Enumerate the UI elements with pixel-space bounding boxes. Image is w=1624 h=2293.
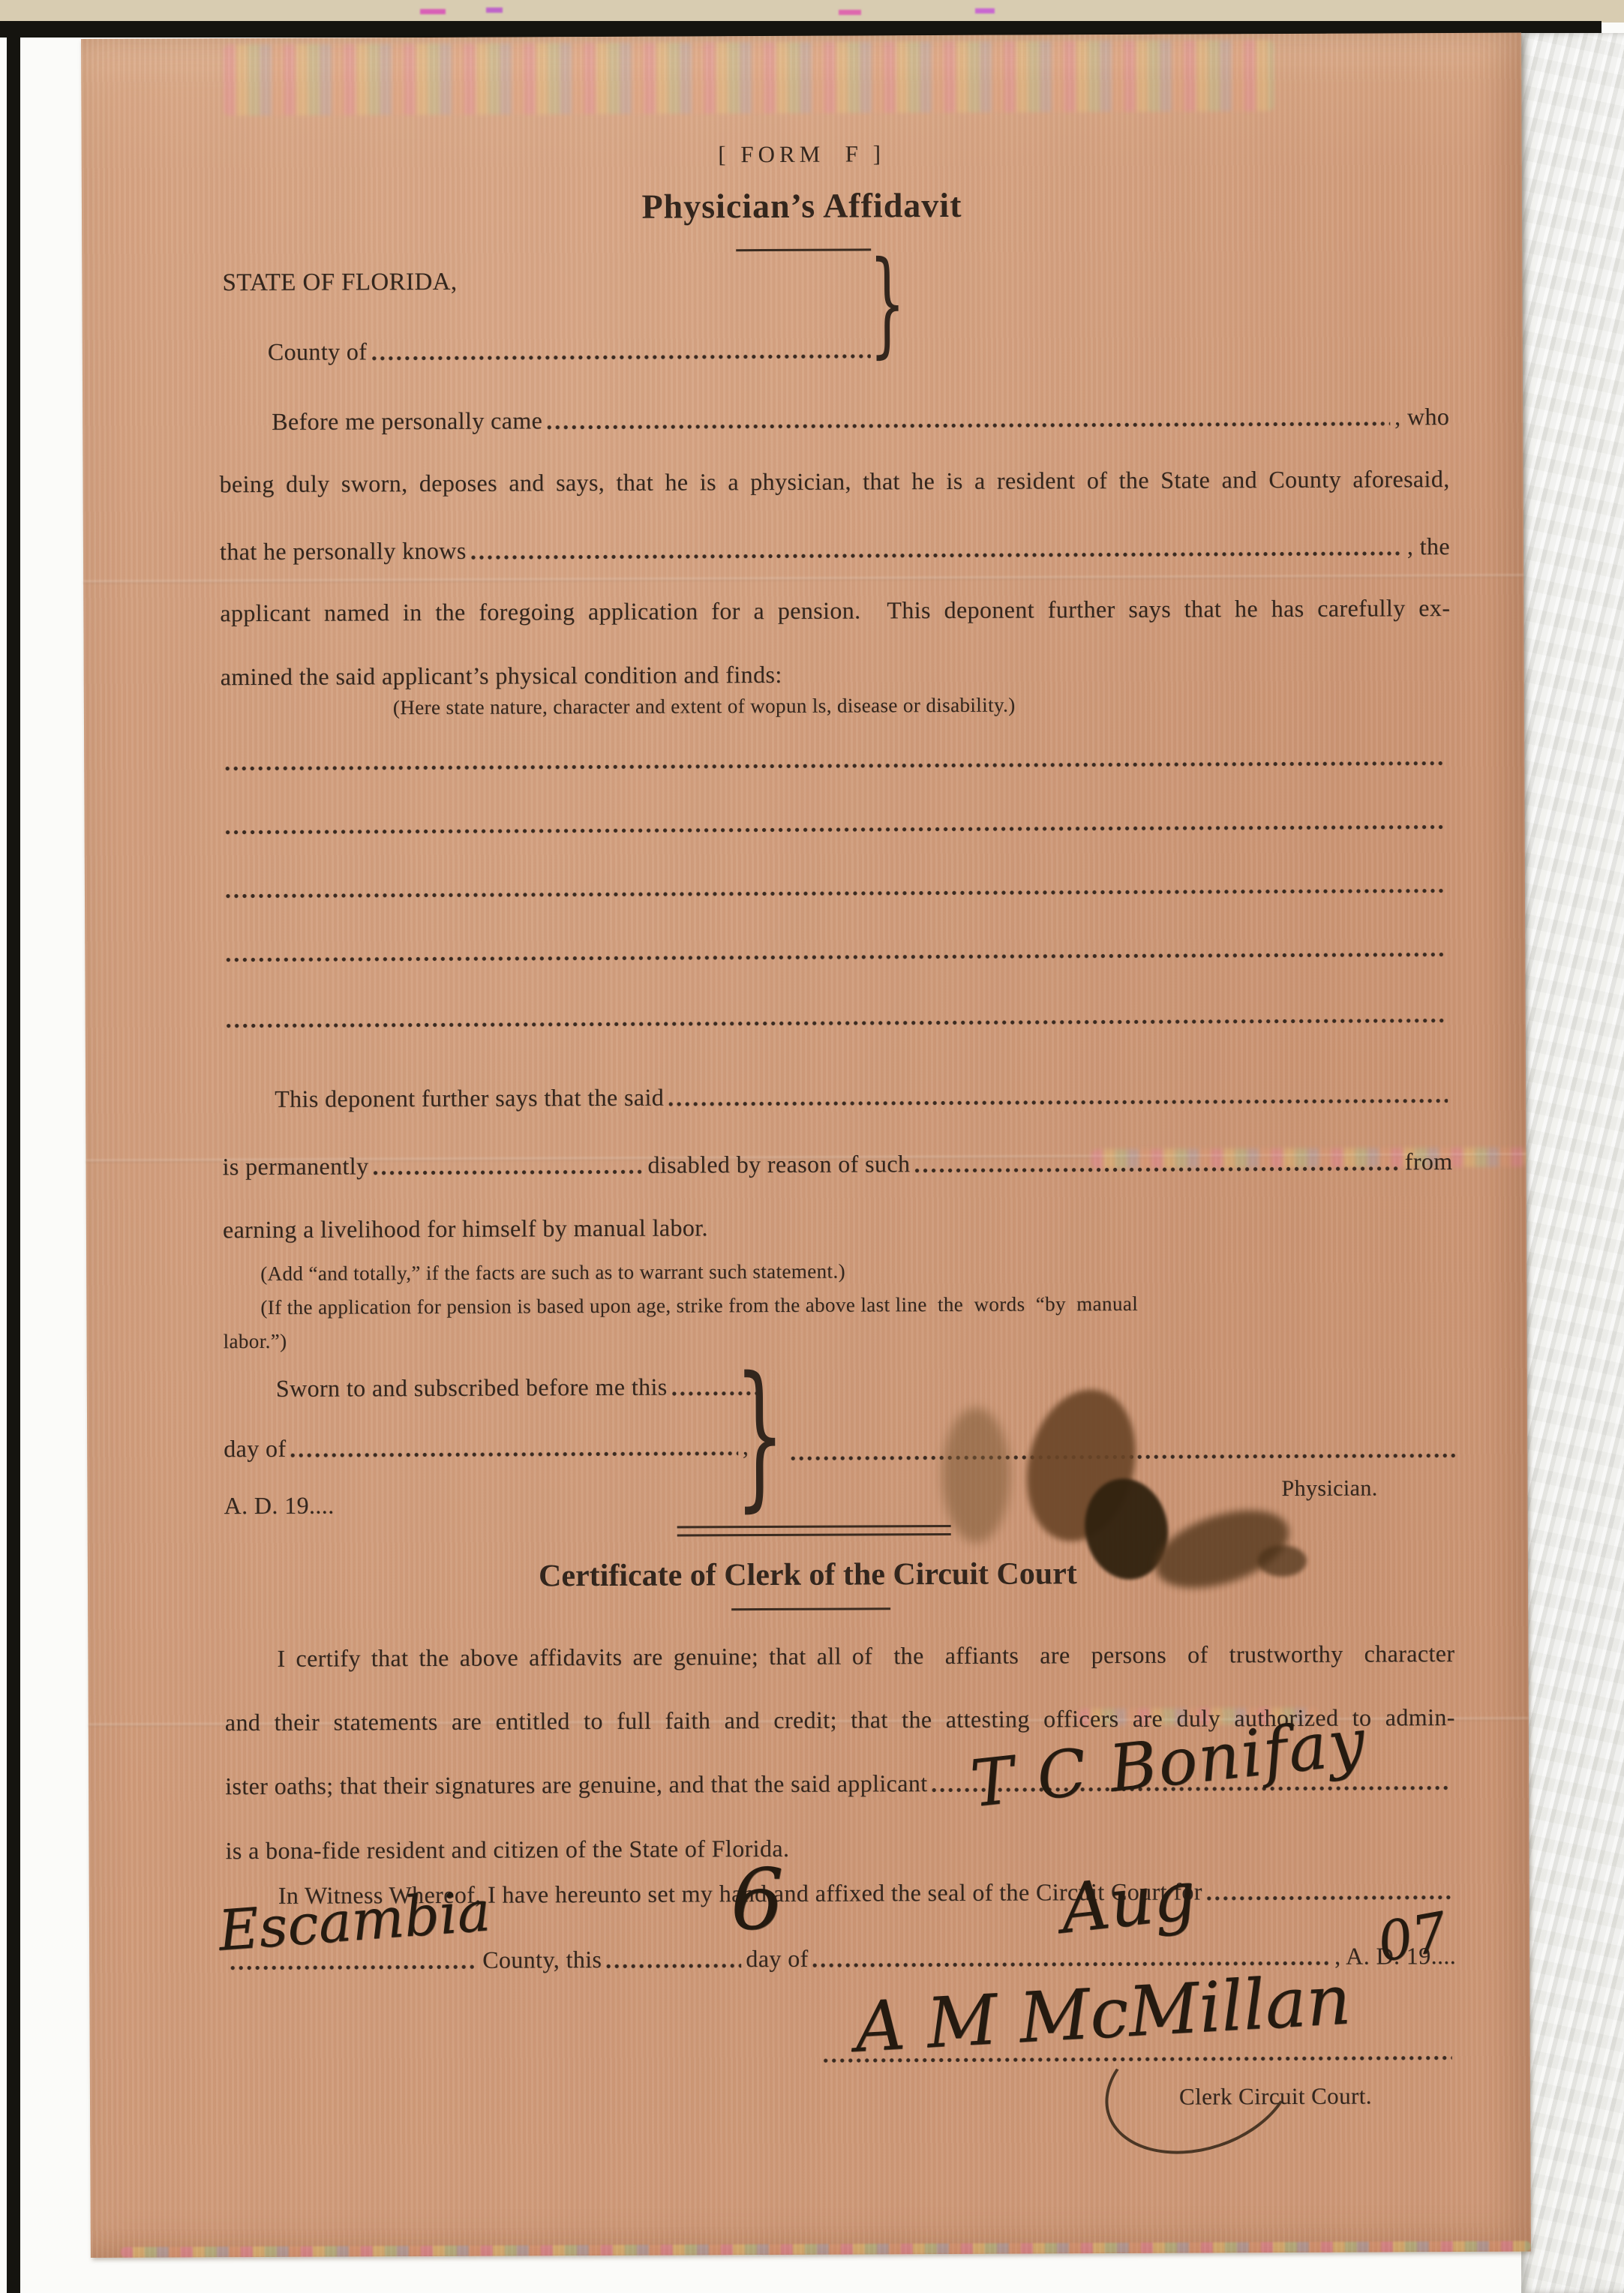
age-note-line1: (If the application for pension is based… [260, 1292, 1138, 1319]
scan-noise [486, 8, 503, 13]
jurat-ad19-text: A. D. 19.... [224, 1492, 334, 1520]
applicant-named-line: applicant named in the foregoing applica… [220, 594, 1450, 627]
applicant-name-blank [471, 551, 1403, 560]
findings-blank-line [222, 1018, 1452, 1033]
certificate-line1: I certify that the above affidavits are … [277, 1640, 1454, 1673]
execution-day-of-label: day of [746, 1945, 808, 1973]
certificate-text1: I certify that the above affidavits are … [277, 1640, 1454, 1673]
scan-noise [839, 10, 861, 15]
certificate-title: Certificate of Clerk of the Circuit Cour… [88, 1554, 1528, 1596]
plastic-sleeve [1521, 33, 1624, 2293]
state-line: STATE OF FLORIDA, [222, 269, 457, 298]
county-name-blank [230, 1964, 478, 1970]
before-me-suffix: , who [1394, 403, 1449, 431]
certificate-line4: is a bona-fide resident and citizen of t… [225, 1835, 789, 1865]
physician-name-blank [547, 421, 1390, 430]
certificate-title-rule [731, 1607, 890, 1610]
examined-text: amined the said applicant’s physical con… [221, 661, 782, 691]
age-note-line2: labor.”) [224, 1330, 287, 1353]
before-me-text: Before me personally came [272, 407, 542, 435]
day-number-blank [606, 1963, 741, 1969]
physician-label-line: Physician. [1281, 1475, 1377, 1502]
said-name-blank [668, 1098, 1448, 1107]
witness-county-blank [1207, 1895, 1451, 1901]
age-note-text1: (If the application for pension is based… [260, 1292, 1138, 1319]
deponent-further-line: This deponent further says that the said [275, 1080, 1452, 1113]
nature-note-line: (Here state nature, character and extent… [393, 694, 1016, 720]
personally-knows-line: that he personally knows , the [220, 533, 1450, 566]
clerk-label-line: Clerk Circuit Court. [1179, 2083, 1372, 2111]
findings-blank-line [221, 761, 1451, 776]
form-tag: [ FORM F ] [82, 138, 1522, 171]
sworn-before-text: Sworn to and subscribed before me this [276, 1373, 668, 1403]
reason-blank [914, 1166, 1400, 1173]
venue-brace: } [869, 247, 905, 359]
permanently-line: is permanently disabled by reason of suc… [222, 1148, 1452, 1181]
section-divider [677, 1525, 951, 1537]
ink-blot-smear [942, 1408, 1010, 1543]
findings-blank-field [226, 888, 1447, 899]
permanently-label: is permanently [222, 1152, 368, 1181]
scanned-document: [ FORM F ] Physician’s Affidavit STATE O… [0, 0, 1624, 2293]
deponent-further-text: This deponent further says that the said [275, 1084, 664, 1113]
findings-blank-field [227, 1018, 1448, 1028]
fold-crease [83, 575, 1523, 584]
jurat-month-blank [290, 1451, 737, 1458]
duly-sworn-line: being duly sworn, deposes and says, that… [220, 465, 1450, 498]
findings-blank-line [221, 888, 1451, 903]
county-blank-field [371, 353, 871, 361]
before-me-line: Before me personally came , who [272, 403, 1449, 436]
disabled-label: disabled by reason of such [647, 1150, 910, 1178]
jurat-day-of-label: day of [224, 1435, 286, 1463]
scan-noise [420, 9, 446, 14]
add-totally-note-line: (Add “and totally,” if the facts are suc… [260, 1260, 845, 1286]
sworn-before-line: Sworn to and subscribed before me this [276, 1373, 767, 1403]
certificate-text3: ister oaths; that their signatures are g… [225, 1769, 928, 1800]
applicant-named-text: applicant named in the foregoing applica… [220, 594, 1450, 627]
knows-text: that he personally knows [220, 537, 467, 566]
jurat-day-of-line: day of , [224, 1433, 749, 1463]
nature-note-text: (Here state nature, character and extent… [393, 694, 1016, 720]
age-note-text2: labor.”) [224, 1330, 287, 1353]
certificate-text4: is a bona-fide resident and citizen of t… [225, 1835, 789, 1865]
findings-blank-line [221, 952, 1451, 967]
from-label: from [1405, 1148, 1453, 1175]
county-of-label: County of [268, 338, 368, 365]
findings-blank-field [225, 761, 1446, 771]
findings-blank-field [226, 952, 1447, 962]
findings-blank-line [221, 824, 1451, 839]
permanently-blank [373, 1169, 643, 1176]
jurat-ad19-line: A. D. 19.... [224, 1492, 334, 1520]
add-totally-note-text: (Add “and totally,” if the facts are suc… [260, 1260, 845, 1286]
county-this-label: County, this [482, 1946, 602, 1973]
state-label: STATE OF FLORIDA, [222, 269, 457, 298]
scan-border-left [7, 30, 20, 2293]
handwritten-year: 07 [1373, 1900, 1451, 1974]
title-rule [736, 248, 871, 251]
county-line: County of [268, 335, 875, 365]
scan-rainbow-artifact [224, 40, 1274, 116]
handwritten-day: 6 [731, 1851, 785, 1949]
clerk-label: Clerk Circuit Court. [1179, 2083, 1372, 2111]
earning-line: earning a livelihood for himself by manu… [223, 1214, 708, 1244]
examined-line: amined the said applicant’s physical con… [221, 661, 782, 691]
findings-blank-field [226, 824, 1447, 835]
physician-label: Physician. [1281, 1475, 1377, 1502]
scan-noise [975, 8, 995, 14]
paper: [ FORM F ] Physician’s Affidavit STATE O… [81, 33, 1531, 2258]
scanner-bed-strip [0, 0, 1624, 23]
scan-rainbow-artifact [121, 2241, 1531, 2258]
handwritten-month: Aug [1057, 1856, 1200, 1949]
page-title: Physician’s Affidavit [82, 183, 1522, 229]
knows-suffix: , the [1407, 533, 1450, 560]
duly-sworn-text: being duly sworn, deposes and says, that… [220, 465, 1450, 498]
jurat-brace: } [734, 1358, 785, 1511]
earning-text: earning a livelihood for himself by manu… [223, 1214, 708, 1244]
